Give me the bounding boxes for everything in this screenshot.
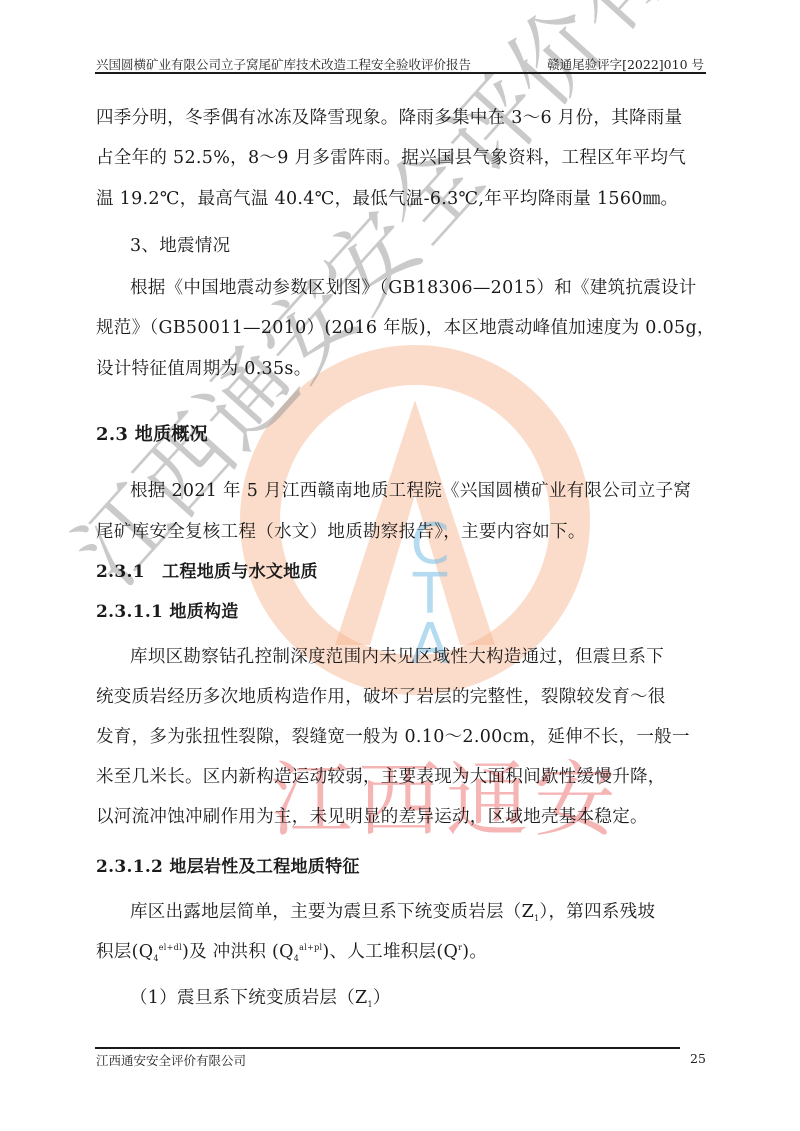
subscript: 1 — [368, 1000, 373, 1009]
superscript: r — [458, 943, 462, 952]
text-run: )及 冲洪积 (Q — [182, 942, 294, 962]
paragraph-line: 库坝区勘察钻孔控制深度范围内未见区域性大构造通过，但震旦系下 — [130, 643, 664, 668]
subscript: 1 — [534, 914, 539, 923]
footer-rule — [95, 1047, 680, 1049]
paragraph-line: 温 19.2℃，最高气温 40.4℃，最低气温-6.3℃,年平均降雨量 1560… — [96, 185, 678, 210]
document-page: CTA 江西通安 江西通安安全评价有限公司 兴国圆横矿业有限公司立子窝尾矿库技术… — [0, 0, 800, 1131]
subscript: 4 — [294, 954, 299, 963]
paragraph-line: 统变质岩经历多次地质构造作用，破坏了岩层的完整性，裂隙较发育～很 — [96, 683, 666, 708]
page-header: 兴国圆横矿业有限公司立子窝尾矿库技术改造工程安全验收评价报告 赣通尾验评字[20… — [96, 55, 704, 73]
section-heading-2-3-1-2: 2.3.1.2 地层岩性及工程地质特征 — [96, 852, 360, 877]
text-run: )、人工堆积层(Q — [322, 942, 458, 962]
page-number: 25 — [690, 1051, 706, 1066]
subscript: 4 — [153, 954, 158, 963]
list-item: （1）震旦系下统变质岩层（Z1） — [130, 984, 391, 1009]
paragraph-line: 占全年的 52.5%，8～9 月多雷阵雨。据兴国县气象资料，工程区年平均气 — [96, 144, 686, 169]
paragraph-line: 库区出露地层简单，主要为震旦系下统变质岩层（Z1），第四系残坡 — [130, 898, 655, 923]
paragraph-line: 尾矿库安全复核工程（水文）地质勘察报告》，主要内容如下。 — [96, 518, 586, 543]
paragraph-line: 米至几米长。区内新构造运动较弱，主要表现为大面积间歇性缓慢升降， — [96, 763, 666, 788]
section-heading-2-3: 2.3 地质概况 — [96, 420, 208, 446]
header-title: 兴国圆横矿业有限公司立子窝尾矿库技术改造工程安全验收评价报告 — [96, 55, 471, 73]
subheading-earthquake: 3、地震情况 — [130, 232, 230, 257]
paragraph-line: 规范》（GB50011—2010）(2016 年版)，本区地震动峰值加速度为 0… — [96, 314, 715, 339]
paragraph-line: 设计特征值周期为 0.35s。 — [96, 355, 312, 380]
text-run: ），第四系残坡 — [539, 902, 655, 922]
text-run: ） — [373, 988, 391, 1008]
superscript: al+pl — [299, 943, 322, 952]
paragraph-line: 发育，多为张扭性裂隙，裂缝宽一般为 0.10～2.00cm，延伸不长，一般一 — [96, 723, 690, 748]
section-heading-2-3-1-1: 2.3.1.1 地质构造 — [96, 597, 239, 622]
section-heading-2-3-1: 2.3.1 工程地质与水文地质 — [96, 557, 318, 582]
header-doc-number: 赣通尾验评字[2022]010 号 — [547, 55, 704, 73]
paragraph-line: 根据 2021 年 5 月江西赣南地质工程院《兴国圆横矿业有限公司立子窝 — [130, 477, 691, 502]
superscript: el+dl — [159, 943, 182, 952]
text-run: 库区出露地层简单，主要为震旦系下统变质岩层（Z — [130, 902, 534, 922]
paragraph-line: 根据《中国地震动参数区划图》（GB18306—2015）和《建筑抗震设计 — [130, 274, 697, 299]
paragraph-line: 四季分明，冬季偶有冰冻及降雪现象。降雨多集中在 3～6 月份，其降雨量 — [96, 104, 682, 129]
text-run: （1）震旦系下统变质岩层（Z — [130, 988, 368, 1008]
paragraph-line: 以河流冲蚀冲刷作用为主，未见明显的差异运动，区域地壳基本稳定。 — [96, 803, 648, 828]
text-run: 积层(Q — [96, 942, 153, 962]
header-rule — [95, 72, 706, 74]
text-run: )。 — [462, 942, 487, 962]
footer-company: 江西通安安全评价有限公司 — [96, 1051, 246, 1069]
paragraph-line: 积层(Q4el+dl)及 冲洪积 (Q4al+pl)、人工堆积层(Qr)。 — [96, 938, 487, 963]
